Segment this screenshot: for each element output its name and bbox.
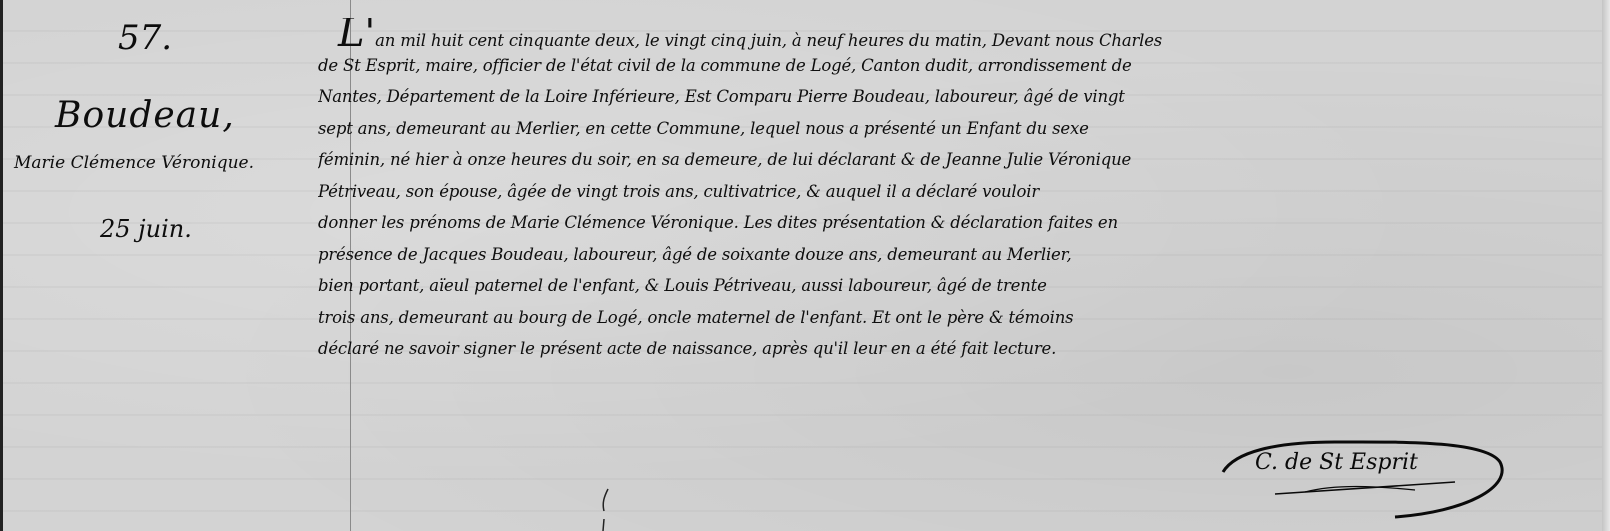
body-line-10: trois ans, demeurant au bourg de Logé, o… bbox=[318, 302, 1593, 334]
ink-stroke-mark bbox=[598, 487, 610, 531]
body-line-11: déclaré ne savoir signer le présent acte… bbox=[318, 333, 1593, 365]
margin-column: 57. Boudeau, Marie Clémence Véronique. 2… bbox=[0, 0, 350, 531]
body-line-4: sept ans, demeurant au Merlier, en cette… bbox=[318, 113, 1593, 145]
body-line-6: Pétriveau, son épouse, âgée de vingt tro… bbox=[318, 176, 1593, 208]
body-line-3: Nantes, Département de la Loire Inférieu… bbox=[318, 81, 1593, 113]
body-line-1: L'an mil huit cent cinquante deux, le vi… bbox=[318, 18, 1593, 50]
body-line-2: de St Esprit, maire, officier de l'état … bbox=[318, 50, 1593, 82]
signature-text: C. de St Esprit bbox=[1255, 450, 1418, 475]
body-line-7: donner les prénoms de Marie Clémence Vér… bbox=[318, 207, 1593, 239]
body-line-9: bien portant, aïeul paternel de l'enfant… bbox=[318, 270, 1593, 302]
body-line-8: présence de Jacques Boudeau, laboureur, … bbox=[318, 239, 1593, 271]
document-page: 57. Boudeau, Marie Clémence Véronique. 2… bbox=[0, 0, 1610, 531]
body-line-5: féminin, né hier à onze heures du soir, … bbox=[318, 144, 1593, 176]
record-body: L'an mil huit cent cinquante deux, le vi… bbox=[318, 18, 1593, 365]
page-right-edge bbox=[1602, 0, 1610, 531]
entry-date: 25 juin. bbox=[100, 215, 192, 243]
signature-flourish-icon bbox=[1215, 432, 1515, 522]
child-given-names: Marie Clémence Véronique. bbox=[14, 153, 254, 173]
mayor-signature: C. de St Esprit bbox=[1215, 432, 1515, 522]
entry-number: 57. bbox=[118, 18, 172, 58]
child-surname: Boudeau, bbox=[55, 95, 235, 136]
